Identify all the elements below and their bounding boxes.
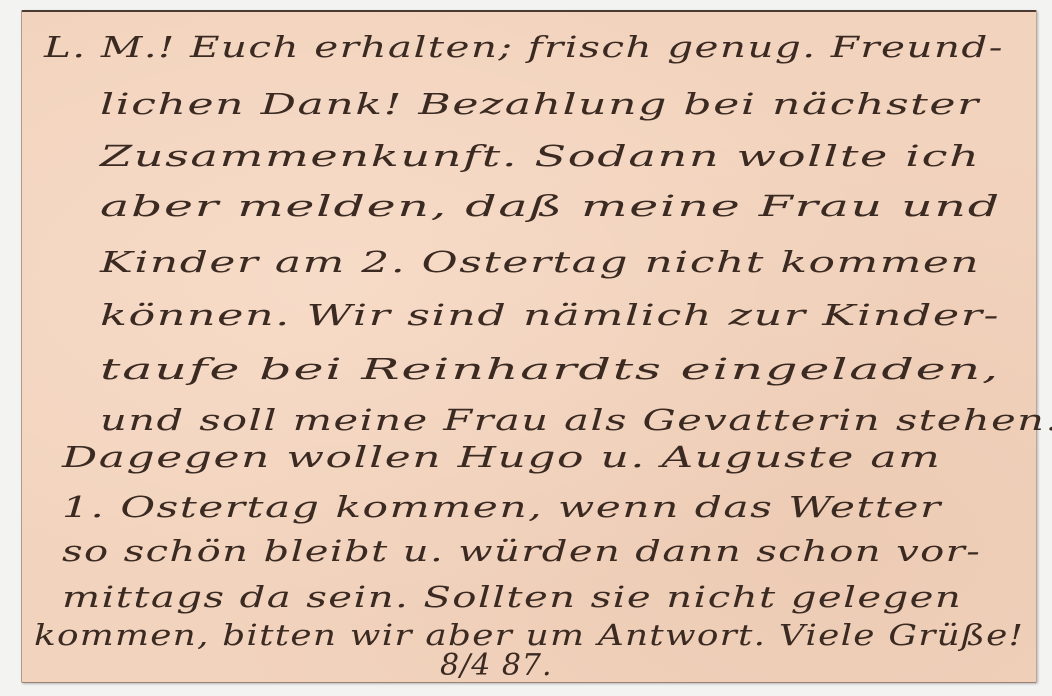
text-line-3: Zusammenkunft. Sodann wollte ich [100, 139, 981, 173]
text-line-8: und soll meine Frau als Gevatterin stehe… [100, 403, 1052, 437]
text-line-5: Kinder am 2. Ostertag nicht kommen [100, 245, 980, 279]
text-line-12: mittags da sein. Sollten sie nicht geleg… [62, 580, 962, 614]
text-line-11: so schön bleibt u. würden dann schon vor… [62, 534, 981, 568]
text-line-7: taufe bei Reinhardts eingeladen, [100, 352, 1000, 386]
text-line-2: lichen Dank! Bezahlung bei nächster [100, 87, 980, 121]
text-line-4: aber melden, daß meine Frau und [100, 189, 1001, 223]
postcard: L. M.! Euch erhalten; frisch genug. Freu… [21, 10, 1037, 683]
text-line-1: L. M.! Euch erhalten; frisch genug. Freu… [44, 30, 1004, 64]
date-line: 8/4 87. [440, 648, 553, 683]
text-line-6: können. Wir sind nämlich zur Kinder- [100, 298, 1000, 332]
text-line-9: Dagegen wollen Hugo u. Auguste am [62, 440, 941, 474]
text-line-10: 1. Ostertag kommen, wenn das Wetter [62, 490, 942, 524]
text-line-13: kommen, bitten wir aber um Antwort. Viel… [34, 618, 1024, 652]
